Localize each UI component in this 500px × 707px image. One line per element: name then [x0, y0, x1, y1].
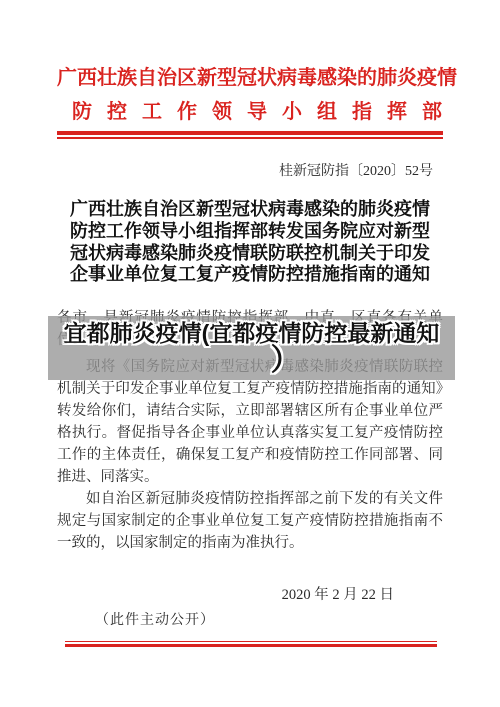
watermark-overlay: 宜都肺炎疫情(宜都疫情防控最新通知 ） [48, 316, 455, 380]
footer-divider [65, 641, 437, 647]
letterhead-line1: 广西壮族自治区新型冠状病毒感染的肺炎疫情 [57, 62, 443, 94]
document-title: 广西壮族自治区新型冠状病毒感染的肺炎疫情 防控工作领导小组指挥部转发国务院应对新… [40, 199, 460, 286]
document-number: 桂新冠防指〔2020〕52号 [57, 162, 443, 182]
document-title-line3: 冠状病毒感染肺炎疫情联防联控机制关于印发 [40, 243, 460, 265]
letterhead-divider [57, 131, 443, 139]
document-title-line1: 广西壮族自治区新型冠状病毒感染的肺炎疫情 [40, 199, 460, 221]
body-paragraph-2: 如自治区新冠肺炎疫情防控指挥部之前下发的有关文件规定与国家制定的企事业单位复工复… [57, 488, 443, 554]
issue-date: 2020 年 2 月 22 日 [0, 583, 500, 604]
letterhead: 广西壮族自治区新型冠状病毒感染的肺炎疫情 防控工作领导小组指挥部 [57, 62, 443, 128]
watermark-title-line2: ） [82, 348, 489, 374]
document-title-line4: 企事业单位复工复产疫情防控措施指南的通知 [40, 264, 460, 286]
letterhead-line2: 防控工作领导小组指挥部 [57, 96, 443, 128]
document-title-line2: 防控工作领导小组指挥部转发国务院应对新型 [40, 221, 460, 243]
watermark-title-line1: 宜都肺炎疫情(宜都疫情防控最新通知 [48, 320, 455, 346]
document-page: 广西壮族自治区新型冠状病毒感染的肺炎疫情 防控工作领导小组指挥部 桂新冠防指〔2… [0, 0, 500, 707]
disclosure-note: （此件主动公开） [95, 609, 215, 629]
